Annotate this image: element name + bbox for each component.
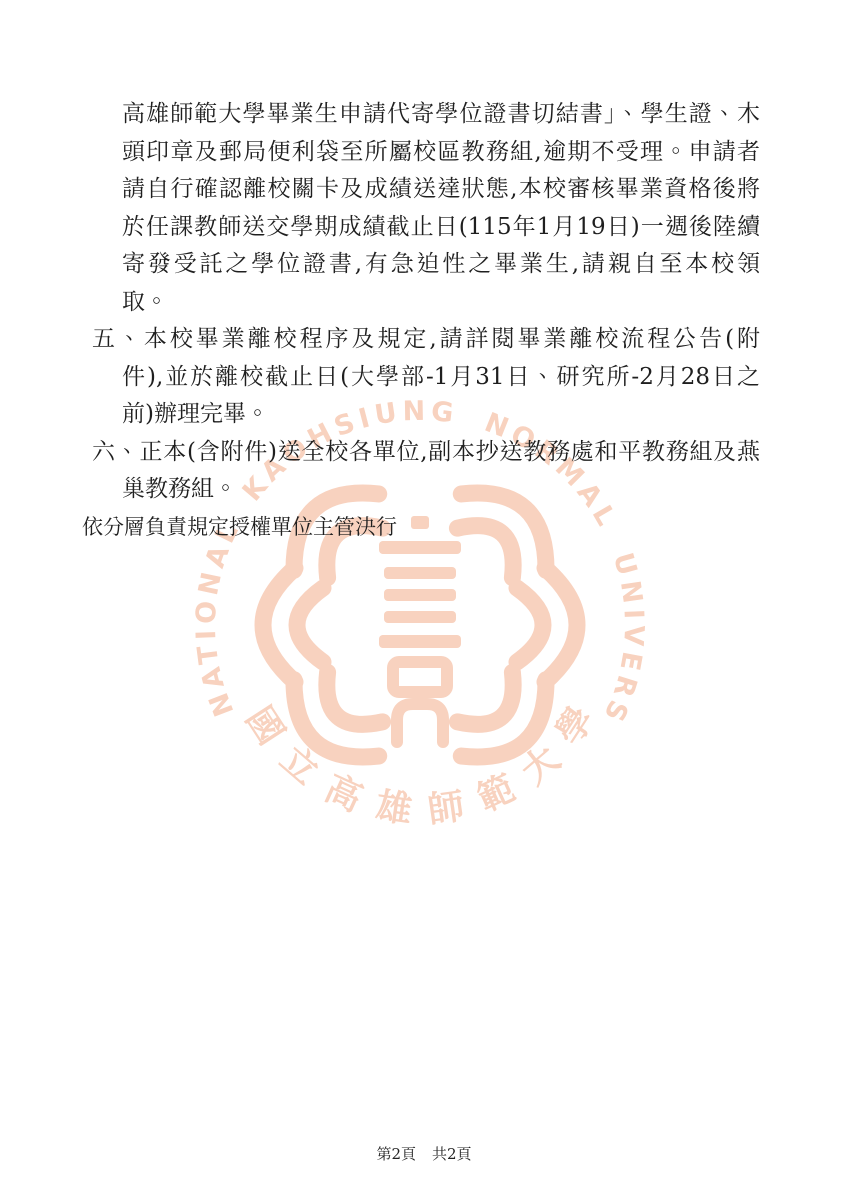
seal-arc-character: 師: [425, 786, 466, 832]
item-number: 五、: [92, 326, 144, 352]
page-footer: 第2頁共2頁: [0, 1143, 848, 1164]
text-line: 取。: [122, 284, 760, 322]
text-line: 件),並於離校截止日(大學部-1月31日、研究所-2月28日之: [122, 359, 760, 397]
text-line: 寄發受託之學位證書,有急迫性之畢業生,請親自至本校領: [122, 246, 760, 284]
continuation-paragraph: 高雄師範大學畢業生申請代寄學位證書切結書」、學生證、木頭印章及郵局便利袋至所屬校…: [122, 96, 760, 321]
document-page: NATIONAL KAOHSIUNG NORMAL UNIVERSITY 國立高…: [0, 0, 848, 1200]
text-line: 請自行確認離校關卡及成績送達狀態,本校審核畢業資格後將: [122, 171, 760, 209]
seal-emblem-center: [379, 516, 461, 742]
numbered-item: 六、正本(含附件)送全校各單位,副本抄送教務處和平教務組及燕巢教務組。: [92, 434, 760, 509]
numbered-item: 五、本校畢業離校程序及規定,請詳閱畢業離校流程公告(附件),並於離校截止日(大學…: [92, 321, 760, 434]
text-line: 前)辦理完畢。: [122, 396, 760, 434]
text-line: 高雄師範大學畢業生申請代寄學位證書切結書」、學生證、木: [122, 96, 760, 134]
seal-arc-character: 學: [549, 700, 603, 753]
text-line: 六、正本(含附件)送全校各單位,副本抄送教務處和平教務組及燕: [92, 434, 760, 472]
text-line: 於任課教師送交學期成績截止日(115年1月19日)一週後陸續: [122, 209, 760, 247]
seal-arc-character: 高: [319, 768, 369, 820]
page-number: 第2頁: [376, 1145, 416, 1163]
text-line: 頭印章及郵局便利袋至所屬校區教務組,逾期不受理。申請者: [122, 134, 760, 172]
page-total: 共2頁: [432, 1145, 472, 1163]
text-line: 五、本校畢業離校程序及規定,請詳閱畢業離校流程公告(附: [92, 321, 760, 359]
item-number: 六、: [92, 439, 140, 465]
seal-arc-character: 國: [237, 700, 291, 753]
authorization-note: 依分層負責規定授權單位主管決行: [82, 509, 848, 547]
seal-arc-character: 範: [472, 768, 522, 820]
text-line: 依分層負責規定授權單位主管決行: [82, 509, 848, 547]
text-line: 巢教務組。: [122, 471, 760, 509]
seal-arc-character: 雄: [373, 786, 414, 832]
document-body: 高雄師範大學畢業生申請代寄學位證書切結書」、學生證、木頭印章及郵局便利袋至所屬校…: [0, 96, 848, 546]
